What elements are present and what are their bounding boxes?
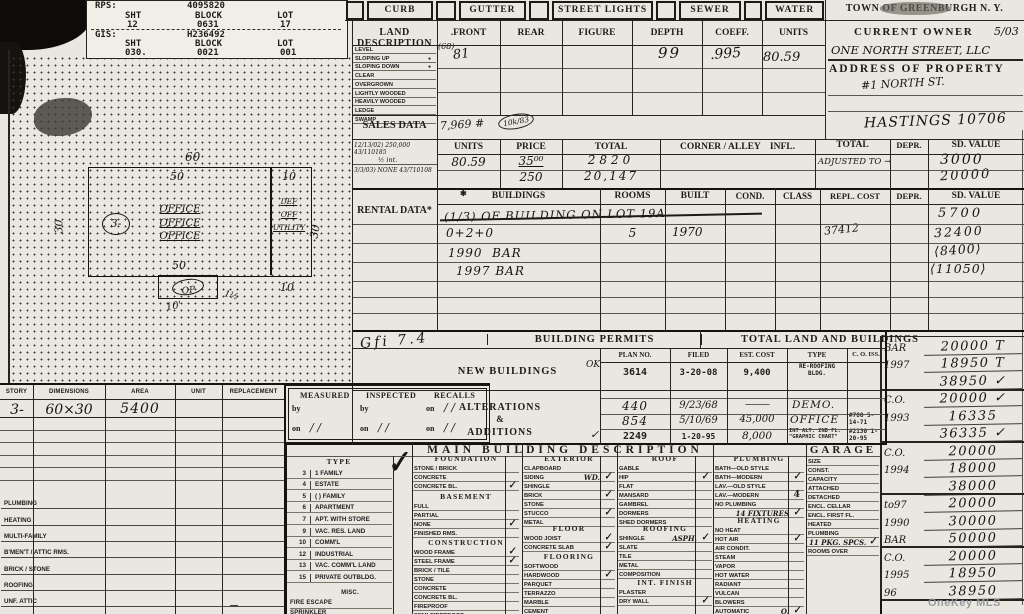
- checklist-label: BLOWERS: [714, 600, 788, 607]
- assessment-card: 60 50 10 3- OFFICEOFFICEOFFICE DEFOFFUTI…: [0, 0, 1024, 614]
- building-row3-name: 1997 BAR: [456, 264, 525, 278]
- checkmark: ✓: [601, 472, 616, 482]
- city-zip: HASTINGS 10706: [864, 111, 1007, 132]
- grid-line: [600, 362, 885, 363]
- grid-line: [175, 385, 176, 614]
- grid-line: [928, 139, 929, 330]
- checklist-row: LAV.—OLD STYLE: [714, 482, 804, 491]
- type-label: ESTATE: [311, 481, 392, 489]
- checklist-row: SHINGLE ASPH. ✓: [618, 534, 712, 543]
- utilities-strip: CURB GUTTER STREET LIGHTS SEWER WATER: [346, 1, 824, 20]
- area-value: 5400: [105, 401, 175, 417]
- type-number: 13: [286, 562, 311, 570]
- grid-line: [33, 385, 34, 614]
- checklist-label: STEEL FRAME: [413, 559, 503, 566]
- checklist-label: NONE: [413, 522, 503, 529]
- grid-line: [788, 456, 789, 614]
- ledger-value: 18000: [924, 460, 1022, 478]
- checklist-label: CONCRETE BL.: [413, 484, 503, 491]
- owner-box: CURRENT OWNER 5/03 ONE NORTH STREET, LLC…: [825, 21, 1024, 138]
- totals-ledger: BAR 20000 T 1997 18950 T 38950 ✓ C.O. 20…: [881, 337, 1022, 600]
- permit3-type: INT ALT. 2ND FL. "GRAPHIC CHART": [789, 429, 846, 441]
- permit-check: ✓: [590, 428, 599, 441]
- category-row: HEATING: [1, 509, 284, 525]
- on-label: on: [360, 424, 368, 433]
- ledger-tag: BAR: [881, 343, 924, 355]
- inspection-box: MEASURED INSPECTED RECALLS by by on / / …: [285, 385, 490, 443]
- utility-label: DEF: [266, 195, 312, 208]
- page-edge: [1022, 130, 1023, 605]
- checkmark: ✓: [790, 534, 805, 544]
- garage-header: GARAGE: [806, 444, 880, 456]
- checklist-label: ENCL. FIRST FL.: [807, 513, 863, 520]
- grid-line: [352, 115, 825, 116]
- checklist-label: BRICK / TILE: [413, 568, 503, 575]
- handwritten-note: ASPH.: [672, 535, 697, 542]
- grid-line: [412, 443, 413, 614]
- checklist-label: CLAPBOARD: [523, 466, 599, 473]
- story-col-dimensions: DIMENSIONS: [33, 389, 105, 395]
- checklist-label: RADIANT: [714, 582, 788, 589]
- grid-line: [787, 348, 788, 445]
- checklist-row: PLASTER: [618, 588, 712, 597]
- date-slashes: / /: [444, 401, 455, 414]
- grid-line: [820, 188, 821, 330]
- dim-top-inner: 50: [170, 170, 184, 183]
- checklist-row: AIR CONDIT.: [714, 544, 804, 553]
- sales-amount: 7,969 #: [440, 116, 485, 132]
- checkmark: ✓: [790, 472, 805, 482]
- grid-line: [437, 204, 1024, 205]
- category-row: BRICK / STONE: [1, 558, 284, 574]
- measured-header: MEASURED: [300, 391, 350, 400]
- checklist-label: PLUMBING: [807, 531, 863, 538]
- basement-section: BASEMENT FULL PARTIAL NONE ✓ FINISHED RM…: [413, 492, 519, 538]
- ledger-value: 30000: [924, 513, 1022, 531]
- grid-line: [0, 383, 490, 385]
- checklist-label: NO HEAT: [714, 528, 788, 535]
- checklist-label: STUCCO: [523, 511, 599, 518]
- terrain-label: HEAVILY WOODED: [353, 99, 428, 105]
- checklist-label: PARQUET: [523, 582, 599, 589]
- checklist-label: HARDWOOD: [523, 573, 599, 580]
- asterisk-mark: ✱: [460, 189, 467, 198]
- terrain-row: HEAVILY WOODED: [353, 98, 436, 107]
- terrain-mark: ●: [428, 64, 436, 70]
- type-row: 12 INDUSTRIAL: [286, 548, 392, 560]
- checklist-row: FIREPROOF: [413, 602, 519, 611]
- utility-box: [744, 1, 762, 20]
- coeff-value: .995: [709, 45, 741, 63]
- ledger-row: C.O. 20000 ✓: [881, 390, 1022, 408]
- grid-line: [665, 188, 666, 330]
- front-value: 81: [452, 46, 470, 63]
- permit2-type: OFFICE: [790, 414, 839, 426]
- checklist-label: FLAT: [618, 484, 696, 491]
- basement-header: BASEMENT: [413, 492, 519, 502]
- checklist-row: HARDWOOD ✓: [523, 571, 615, 580]
- rule: [880, 493, 1024, 495]
- grid-line: [437, 154, 1024, 155]
- building-row1-built: 1970: [672, 225, 703, 239]
- checklist-row: AUTOMATIC O. ✓: [714, 607, 804, 614]
- grid-line: [352, 348, 885, 349]
- utility-box: [346, 1, 364, 20]
- utility-box: [529, 1, 549, 20]
- checklist-row: GABLE: [618, 464, 712, 473]
- grid-line: [727, 348, 728, 445]
- type-number: 5: [286, 493, 311, 501]
- checklist-row: TERRAZZO: [523, 589, 615, 598]
- grid-line: [437, 20, 438, 330]
- checklist-row: STONE: [413, 575, 519, 584]
- utility-box: [436, 1, 456, 20]
- checklist-row: CAPACITY: [807, 475, 879, 484]
- checklist-label: CAPACITY: [807, 477, 863, 484]
- type-row: 9 VAC. RES. LAND: [286, 525, 392, 537]
- owner-date: 5/03: [994, 25, 1019, 38]
- checkmark: ✓: [505, 481, 520, 491]
- grid-line: [600, 414, 885, 415]
- porch-mark: 1½: [223, 289, 240, 302]
- grid-line: [105, 385, 106, 614]
- grid-line: [0, 399, 285, 400]
- misc-header: MISC.: [310, 590, 390, 596]
- checklist-label: STONE: [523, 502, 599, 509]
- checklist-row: ATTACHED: [807, 484, 879, 493]
- date-slashes: / /: [378, 421, 389, 434]
- checkmark: ✓: [790, 606, 805, 614]
- grid-line: [700, 330, 701, 348]
- checklist-row: CONCRETE: [413, 584, 519, 593]
- checklist-label: WOOD FRAME: [413, 550, 503, 557]
- checklist-label: ENCL. CELLAR: [807, 504, 863, 511]
- type-row: 3 1 FAMILY: [286, 467, 392, 479]
- type-header: TYPE: [285, 457, 393, 467]
- permit1-cost: ———: [727, 400, 787, 410]
- misc-row: FIRE ESCAPE: [290, 599, 392, 609]
- depth-value: 99: [658, 44, 681, 62]
- grid-line: [713, 443, 714, 614]
- building-row1-sd: 32400: [934, 223, 984, 241]
- grid-line: [660, 139, 661, 188]
- checklist-row: NO HEAT: [714, 526, 804, 535]
- type-row: 13 VAC. COMM'L LAND: [286, 560, 392, 572]
- grid-line: [522, 443, 523, 614]
- ledger-tag: 1994: [881, 465, 924, 477]
- checklist-row: DORMERS: [618, 509, 712, 518]
- type-number: 9: [286, 528, 311, 536]
- ledger-row: 1990 30000: [881, 512, 1022, 530]
- utility-street-lights: STREET LIGHTS: [552, 1, 653, 20]
- story-circle: 3-: [102, 213, 130, 235]
- permit3-cost: 8,000: [727, 430, 787, 442]
- permit-col-plan: PLAN NO.: [600, 351, 670, 359]
- ledger-value: 20000: [924, 443, 1022, 461]
- utility-sewer: SEWER: [679, 1, 741, 20]
- terrain-label: LIGHTLY WOODED: [353, 91, 428, 97]
- story-col-story: STORY: [0, 389, 33, 395]
- checklist-label: CEMENT: [523, 609, 599, 614]
- grid-line: [393, 456, 394, 614]
- land-col-units: UNITS: [762, 28, 825, 38]
- date-slashes: / /: [310, 421, 321, 434]
- room-label: OFFICE: [148, 217, 212, 231]
- ledger-value: 18950: [924, 565, 1022, 583]
- terrain-row: LIGHTLY WOODED: [353, 89, 436, 98]
- checklist-row: CEMENT: [523, 607, 615, 614]
- grid-line: [285, 456, 880, 457]
- checklist-row: DRY WALL ✓: [618, 597, 712, 606]
- checklist-label: CONST.: [807, 468, 863, 475]
- flooring-section: FLOORING SOFTWOOD HARDWOOD ✓ PARQUET TER…: [523, 552, 615, 614]
- ledger-tag: 96: [881, 588, 924, 600]
- handwritten-note: 11 PKG. SPCS.: [809, 539, 866, 546]
- gis-block: 0021: [197, 48, 219, 58]
- grid-line: [345, 20, 1024, 21]
- checklist-label: ROOMS OVER: [807, 549, 863, 556]
- type-number: 4: [286, 481, 311, 489]
- ledger-tag: C.O.: [881, 553, 924, 565]
- permit2-filed: 5/10/69: [670, 415, 727, 426]
- type-label: APT. WITH STORE: [311, 516, 392, 524]
- misc-row: SPRINKLER: [290, 609, 392, 614]
- on-label: on: [426, 404, 434, 413]
- category-label: MULTI-FAMILY: [1, 533, 107, 541]
- category-label: HEATING: [1, 517, 107, 525]
- rule: [880, 389, 1024, 391]
- rps-label: RPS:: [95, 1, 117, 11]
- ledger-row: 1997 18950 T: [881, 355, 1022, 373]
- grid-line: [0, 467, 285, 468]
- terrain-row: OVERGROWN: [353, 80, 436, 89]
- checklist-row: RADIANT: [714, 580, 804, 589]
- grid-line: [0, 417, 285, 418]
- grid-line: [885, 330, 887, 445]
- checklist-row: WOOD JOIST ✓: [523, 534, 615, 543]
- porch-circle: OP: [171, 277, 205, 297]
- permit-col-cost: EST. COST: [727, 351, 787, 359]
- checklist-row: CONCRETE BL. ✓: [413, 482, 519, 491]
- land-col-figure: FIGURE: [562, 28, 632, 38]
- checklist-label: SLATE: [618, 545, 696, 552]
- ledger-row: 38000: [881, 477, 1022, 495]
- terrain-row: SLOPING DOWN ●: [353, 63, 436, 72]
- type-row: 4 ESTATE: [286, 479, 392, 491]
- checklist-row: STEEL FRAME ✓: [413, 557, 519, 566]
- checklist-row: FINISHED RMS.: [413, 529, 519, 538]
- ledger-value: 38950 ✓: [924, 373, 1022, 391]
- grid-line: [0, 480, 285, 481]
- ledger-row: to97 20000: [881, 495, 1022, 513]
- utility-box: [656, 1, 676, 20]
- dim-right: 30: [307, 223, 322, 239]
- terrain-list: LEVEL SLOPING UP ● SLOPING DOWN ● CLEAR …: [353, 45, 436, 124]
- bld-col-sd: SD. VALUE: [928, 191, 1024, 201]
- misc-list: FIRE ESCAPESPRINKLER: [290, 599, 392, 614]
- handwritten-note: WD.: [584, 474, 600, 481]
- land-col-front: .FRONT: [437, 28, 500, 38]
- bld-col-depr: DEPR.: [890, 191, 928, 201]
- rule: [880, 441, 1024, 443]
- checklist-label: MARBLE: [523, 600, 599, 607]
- grid-line: [775, 188, 776, 330]
- permit3-plan: 2249: [600, 431, 670, 442]
- sketch-grid: 60 50 10 3- OFFICEOFFICEOFFICE DEFOFFUTI…: [10, 55, 352, 383]
- ledger-tag: to97: [881, 500, 924, 512]
- grid-line: [632, 20, 633, 115]
- ledger-value: 16335: [924, 408, 1022, 426]
- address-label: ADDRESS OF PROPERTY: [829, 63, 1005, 75]
- building-row1-rooms: 5: [600, 226, 665, 240]
- permit1-type: DEMO.: [792, 399, 835, 411]
- checklist-label: BRICK: [523, 493, 599, 500]
- grid-line: [600, 398, 885, 399]
- land-col-depth: DEPTH: [632, 28, 702, 38]
- grid-line: [0, 442, 285, 443]
- permit-col-filed: FILED: [670, 351, 727, 359]
- permit-col-type: TYPE: [787, 351, 847, 359]
- rps-value: 4095820: [187, 1, 225, 11]
- checklist-row: STONE / BRICK: [413, 464, 519, 473]
- ledger-value: 20000: [924, 548, 1022, 566]
- pricing-col-price: PRICE: [500, 142, 562, 152]
- terrain-label: CLEAR: [353, 73, 428, 79]
- type-label: ( ) FAMILY: [311, 493, 392, 501]
- rule: [352, 164, 437, 165]
- checklist-label: GAMBREL: [618, 502, 696, 509]
- checklist-label: CONCRETE SLAB: [523, 545, 599, 552]
- category-label: ROOFING: [1, 582, 107, 590]
- floor-header: FLOOR: [523, 524, 615, 534]
- type-label: COMM'L: [311, 539, 392, 547]
- type-number: 3: [286, 470, 311, 478]
- grid-line: [285, 443, 885, 445]
- grid-line: [284, 385, 286, 614]
- total-row2: 20,147: [562, 169, 660, 183]
- checklist-label: DETACHED: [807, 495, 863, 502]
- terrain-label: LEDGE: [353, 108, 428, 114]
- gis-sht: 030.: [125, 48, 147, 58]
- checklist-row: BRICK / TILE: [413, 566, 519, 575]
- story-value: 3-: [2, 402, 32, 418]
- checklist-row: FLAT: [618, 482, 712, 491]
- checklist-label: PARTIAL: [413, 513, 503, 520]
- owner-label: CURRENT OWNER: [854, 26, 973, 38]
- checkmark: ✓: [698, 596, 713, 606]
- permit0-type: RE-ROOFING BLDG.: [789, 364, 845, 377]
- grid-line: [505, 456, 506, 614]
- address-value: #1 NORTH ST.: [861, 75, 945, 92]
- grid-line: [825, 0, 826, 139]
- pricing-col-sd: SD. VALUE: [928, 140, 1024, 150]
- checkmark: ✓: [601, 508, 616, 518]
- recalls-header: RECALLS: [434, 391, 475, 400]
- type-row: 6 APARTMENT: [286, 502, 392, 514]
- type-label: VAC. COMM'L LAND: [311, 562, 392, 570]
- checklist-label: AUTOMATIC: [714, 609, 780, 614]
- type-row: 15 PRIVATE OUTBLDG.: [286, 571, 392, 583]
- ledger-row: 36335 ✓: [881, 425, 1022, 443]
- roof-section: ROOF GABLE HIP ✓ FLAT MANSARD: [618, 454, 712, 527]
- checklist-row: BATH—OLD STYLE: [714, 464, 804, 473]
- room-label: OFFICE: [148, 230, 212, 244]
- ledger-row: BAR 20000 T: [881, 337, 1022, 355]
- rule: [880, 336, 882, 601]
- type-number: 6: [286, 504, 311, 512]
- checklist-label: GABLE: [618, 466, 696, 473]
- on-label: on: [292, 424, 300, 433]
- checkmark: ✓: [698, 472, 713, 482]
- checklist-label: TERRAZZO: [523, 591, 599, 598]
- checklist-row: STUCCO ✓: [523, 509, 615, 518]
- checklist-row: SIZE: [807, 457, 879, 466]
- checklist-label: DORMERS: [618, 511, 696, 518]
- checklist-row: WOOD FRAME ✓: [413, 548, 519, 557]
- building-row0-sd: 5700: [938, 206, 983, 221]
- bld-col-rooms: ROOMS: [600, 191, 665, 201]
- checklist-row: PARQUET: [523, 580, 615, 589]
- checklist-row: CONCRETE BL.: [413, 593, 519, 602]
- checkmark: ✓: [505, 556, 520, 566]
- checklist-row: ENCL. FIRST FL.: [807, 511, 879, 520]
- checklist-row: LAV.—MODERN 4: [714, 491, 804, 500]
- grid-line: [352, 224, 1024, 225]
- type-number: 10: [286, 539, 311, 547]
- checklist-row: NO PLUMBING: [714, 500, 804, 509]
- terrain-row: SLOPING UP ●: [353, 54, 436, 63]
- checklist-label: CONCRETE: [413, 475, 503, 482]
- checklist-row: HIP ✓: [618, 473, 712, 482]
- floor-section: FLOOR WOOD JOIST ✓ CONCRETE SLAB ✓: [523, 524, 615, 552]
- checklist-row: BRICK ✓: [523, 491, 615, 500]
- category-row: UNF. ATTIC: [1, 591, 284, 607]
- ledger-tag: 1995: [881, 570, 924, 582]
- checklist-label: CONCRETE: [413, 586, 503, 593]
- checklist-label: ATTACHED: [807, 486, 863, 493]
- sale-entry-1: 12/13/02) 250,000 43/110185: [354, 142, 436, 156]
- checkmark: ✓: [698, 533, 713, 543]
- rule: [828, 95, 1023, 96]
- ledger-row: 1993 16335: [881, 407, 1022, 425]
- room-label: OFFICE: [148, 203, 212, 217]
- permit0-filed: 3-20-08: [670, 368, 727, 378]
- sale-entry-1b: ½ int.: [378, 156, 397, 164]
- permits-title: BUILDING PERMITS: [487, 334, 702, 345]
- pricing-col-depr: DEPR.: [890, 140, 928, 150]
- ledger-tag: C.O.: [881, 448, 924, 460]
- dim-bottom: 50: [172, 259, 186, 272]
- checklist-label: SIZE: [807, 459, 863, 466]
- watermark: OneKey MLS: [928, 597, 1001, 609]
- grid-line: [352, 188, 1024, 190]
- grid-line: [695, 456, 696, 614]
- type-list: 3 1 FAMILY 4 ESTATE 5 ( ) FAMILY 6 APART…: [286, 467, 392, 583]
- permit2-plan: 854: [600, 414, 670, 428]
- checklist-label: STONE / BRICK: [413, 466, 503, 473]
- permit0-cost: 9,400: [727, 368, 787, 378]
- permit2-cost: 45,000: [727, 414, 787, 425]
- ledger-row: 1995 18950: [881, 565, 1022, 583]
- checklist-row: CONCRETE: [413, 473, 519, 482]
- checkmark: 4: [790, 490, 805, 500]
- checklist-row: HEATED: [807, 520, 879, 529]
- checklist-label: LAV.—OLD STYLE: [714, 484, 788, 491]
- type-row: 10 COMM'L: [286, 537, 392, 549]
- owner-name: ONE NORTH STREET, LLC: [831, 43, 990, 57]
- grid-line: [880, 600, 882, 614]
- grid-line: [847, 348, 848, 445]
